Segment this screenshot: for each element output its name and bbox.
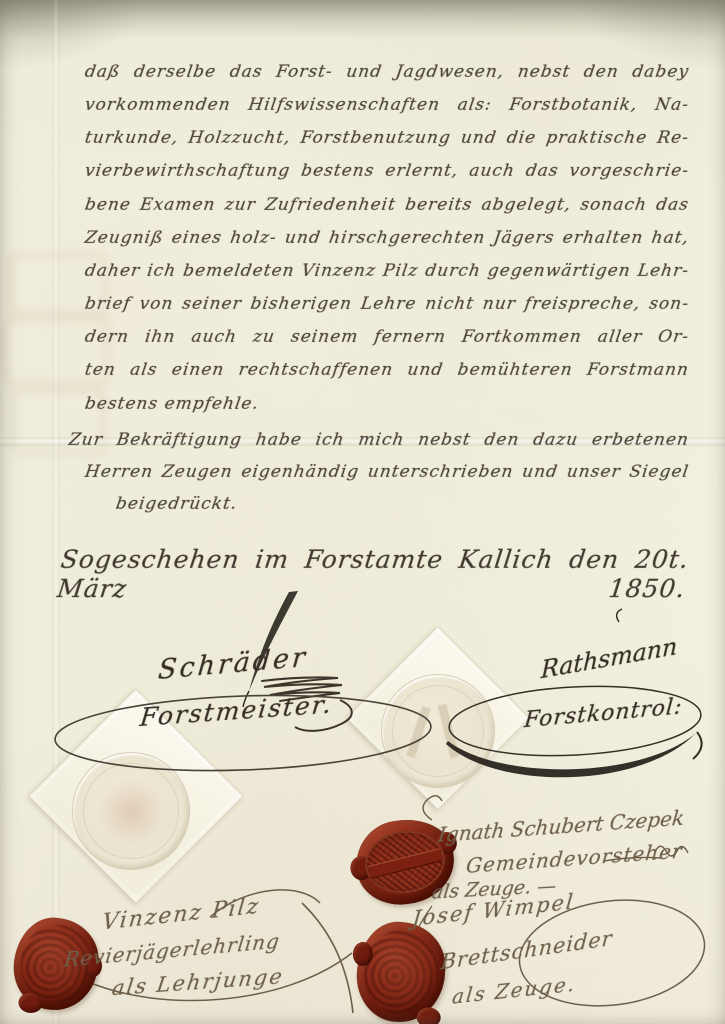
scan-corner-shadow	[575, 0, 725, 70]
signature-forstmeister-name: Schräder	[157, 641, 309, 685]
wax-blob	[18, 992, 44, 1014]
signature-forstkontrolleur-name: Rathsmann	[541, 632, 678, 685]
manuscript-line: bene Examen zur Zufriedenheit bereits ab…	[82, 195, 691, 229]
manuscript-line: bestens empfehle.	[82, 394, 691, 428]
signature-forstkontrolleur-title: Forstkontrol:	[523, 694, 683, 733]
manuscript-line: ten als einen rechtschaffenen und bemüht…	[82, 360, 691, 394]
manuscript-line: vierbewirthschaftung bestens erlernt, au…	[82, 161, 691, 195]
scan-corner-shadow	[0, 0, 150, 70]
scanned-manuscript-page: daß derselbe das Forst- und Jagdwesen, n…	[0, 0, 725, 1024]
signature-forstmeister-title: Forstmeister.	[139, 689, 335, 732]
apprentice-name: Vinzenz Pilz	[101, 894, 261, 936]
manuscript-line: Zeugniß eines holz- und hirschgerechten …	[82, 228, 691, 262]
manuscript-line: beigedrückt.	[113, 494, 722, 528]
manuscript-line: daß derselbe das Forst- und Jagdwesen, n…	[82, 62, 691, 96]
dateline: Sogeschehen im Forstamte Kallich den 20t…	[57, 545, 690, 589]
vertical-fold-crease	[52, 0, 60, 1024]
manuscript-line: vorkommenden Hilfswissenschaften als: Fo…	[82, 95, 691, 129]
wax-blob	[352, 941, 373, 966]
apprentice-role: Revierjägerlehrling	[63, 928, 282, 971]
witness2-capacity: als Zeuge.	[451, 971, 577, 1008]
apprentice-capacity: als Lehrjunge	[111, 964, 286, 1000]
wax-blob	[416, 1007, 441, 1024]
manuscript-line: daher ich bemeldeten Vinzenz Pilz durch …	[82, 261, 691, 295]
embossed-stamp-circle-left	[72, 752, 190, 870]
manuscript-line: brief von seiner bisherigen Lehre nicht …	[82, 294, 691, 328]
manuscript-line: Herren Zeugen eigenhändig unterschrieben…	[82, 462, 691, 496]
embossed-stamp-circle-center	[381, 674, 495, 788]
manuscript-line: turkunde, Holzzucht, Forstbenutzung und …	[82, 128, 691, 162]
witness2-role: Brettschneider	[440, 926, 613, 975]
wax-seal-witness2	[354, 920, 447, 1024]
witness1-role: Gemeindevorsteher	[465, 838, 684, 877]
manuscript-line: dern ihn auch zu seinem fernern Fortkomm…	[82, 327, 691, 361]
scan-top-shadow	[0, 0, 725, 40]
manuscript-line: Zur Bekräftigung habe ich mich nebst den…	[66, 430, 691, 464]
